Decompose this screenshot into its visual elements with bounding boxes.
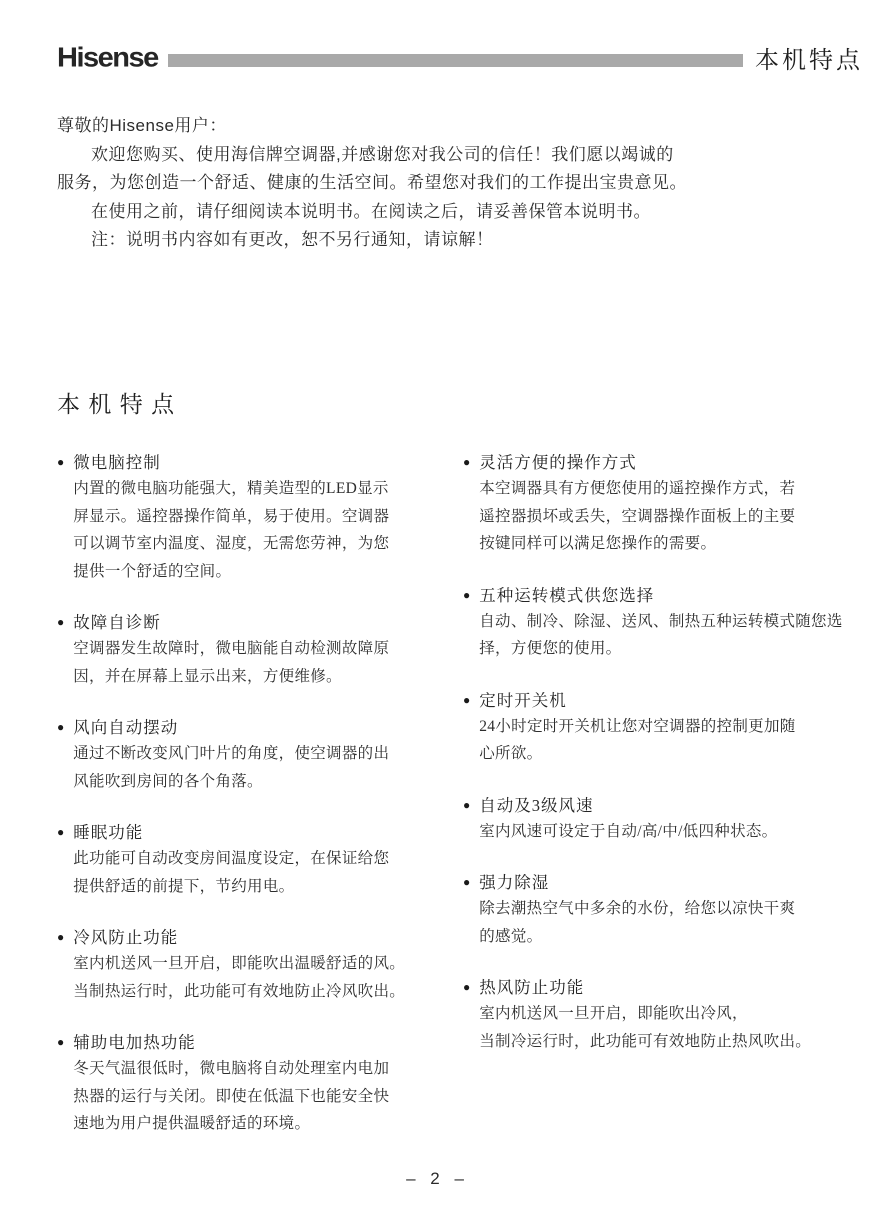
feature-content: 五种运转模式供您选择 自动、制冷、除湿、送风、制热五种运转模式随您选 择，方便您… <box>479 583 865 663</box>
bullet-icon: ● <box>57 820 64 900</box>
hisense-logo: Hisense <box>57 45 158 73</box>
bullet-icon: ● <box>463 975 470 1055</box>
feature-item: ● 风向自动摆动 通过不断改变风门叶片的角度，使空调器的出 风能吹到房间的各个角… <box>57 715 439 795</box>
feature-column-right: ● 灵活方便的操作方式 本空调器具有方便您使用的遥控操作方式，若 遥控器损坏或丢… <box>463 450 865 1163</box>
feature-title: 辅助电加热功能 <box>73 1030 439 1055</box>
bullet-icon: ● <box>463 688 470 768</box>
feature-text: 通过不断改变风门叶片的角度，使空调器的出 风能吹到房间的各个角落。 <box>73 740 439 795</box>
feature-title: 微电脑控制 <box>73 450 439 475</box>
feature-text: 24小时定时开关机让您对空调器的控制更加随 心所欲。 <box>479 713 865 768</box>
feature-title: 热风防止功能 <box>479 975 865 1000</box>
bullet-icon: ● <box>57 450 64 585</box>
bullet-icon: ● <box>57 610 64 690</box>
page-footer: – 2 – <box>0 1169 875 1189</box>
feature-content: 冷风防止功能 室内机送风一旦开启，即能吹出温暖舒适的风。 当制热运行时，此功能可… <box>73 925 439 1005</box>
bullet-icon: ● <box>57 1030 64 1138</box>
feature-item: ● 定时开关机 24小时定时开关机让您对空调器的控制更加随 心所欲。 <box>463 688 865 768</box>
intro-paragraph: 在使用之前，请仔细阅读本说明书。在阅读之后，请妥善保管本说明书。 <box>57 198 802 227</box>
feature-content: 灵活方便的操作方式 本空调器具有方便您使用的遥控操作方式，若 遥控器损坏或丢失，… <box>479 450 865 558</box>
bullet-icon: ● <box>57 925 64 1005</box>
feature-title: 风向自动摆动 <box>73 715 439 740</box>
intro-text: 尊敬的Hisense用户： 欢迎您购买、使用海信牌空调器,并感谢您对我公司的信任… <box>57 112 802 255</box>
feature-text: 本空调器具有方便您使用的遥控操作方式，若 遥控器损坏或丢失，空调器操作面板上的主… <box>479 475 865 558</box>
feature-item: ● 五种运转模式供您选择 自动、制冷、除湿、送风、制热五种运转模式随您选 择，方… <box>463 583 865 663</box>
feature-item: ● 热风防止功能 室内机送风一旦开启，即能吹出冷风， 当制冷运行时，此功能可有效… <box>463 975 865 1055</box>
manual-page: Hisense 本机特点 尊敬的Hisense用户： 欢迎您购买、使用海信牌空调… <box>0 0 875 1229</box>
feature-text: 空调器发生故障时，微电脑能自动检测故障原 因，并在屏幕上显示出来，方便维修。 <box>73 635 439 690</box>
feature-title: 定时开关机 <box>479 688 865 713</box>
feature-content: 睡眠功能 此功能可自动改变房间温度设定，在保证给您 提供舒适的前提下，节约用电。 <box>73 820 439 900</box>
feature-text: 此功能可自动改变房间温度设定，在保证给您 提供舒适的前提下，节约用电。 <box>73 845 439 900</box>
intro-paragraph: 注：说明书内容如有更改，恕不另行通知，请谅解！ <box>57 226 802 255</box>
bullet-icon: ● <box>463 583 470 663</box>
intro-paragraph: 欢迎您购买、使用海信牌空调器,并感谢您对我公司的信任！我们愿以竭诚的 服务，为您… <box>57 141 802 198</box>
bullet-icon: ● <box>57 715 64 795</box>
bullet-icon: ● <box>463 870 470 950</box>
feature-content: 故障自诊断 空调器发生故障时，微电脑能自动检测故障原 因，并在屏幕上显示出来，方… <box>73 610 439 690</box>
feature-item: ● 故障自诊断 空调器发生故障时，微电脑能自动检测故障原 因，并在屏幕上显示出来… <box>57 610 439 690</box>
feature-item: ● 强力除湿 除去潮热空气中多余的水份，给您以凉快干爽 的感觉。 <box>463 870 865 950</box>
feature-text: 室内机送风一旦开启，即能吹出冷风， 当制冷运行时，此功能可有效地防止热风吹出。 <box>479 1000 865 1055</box>
feature-content: 风向自动摆动 通过不断改变风门叶片的角度，使空调器的出 风能吹到房间的各个角落。 <box>73 715 439 795</box>
feature-title: 睡眠功能 <box>73 820 439 845</box>
feature-content: 热风防止功能 室内机送风一旦开启，即能吹出冷风， 当制冷运行时，此功能可有效地防… <box>479 975 865 1055</box>
page-number: – 2 – <box>406 1169 469 1188</box>
feature-columns: ● 微电脑控制 内置的微电脑功能强大，精美造型的LED显示 屏显示。遥控器操作简… <box>57 450 865 1163</box>
section-title: 本 机 特 点 <box>57 386 175 419</box>
feature-title: 故障自诊断 <box>73 610 439 635</box>
bullet-icon: ● <box>463 450 470 558</box>
bullet-icon: ● <box>463 793 470 846</box>
page-header: Hisense 本机特点 <box>57 44 863 73</box>
feature-text: 冬天气温很低时，微电脑将自动处理室内电加 热器的运行与关闭。即使在低温下也能安全… <box>73 1055 439 1138</box>
feature-content: 微电脑控制 内置的微电脑功能强大，精美造型的LED显示 屏显示。遥控器操作简单，… <box>73 450 439 585</box>
feature-item: ● 自动及3级风速 室内风速可设定于自动/高/中/低四种状态。 <box>463 793 865 846</box>
feature-text: 室内机送风一旦开启，即能吹出温暖舒适的风。 当制热运行时，此功能可有效地防止冷风… <box>73 950 439 1005</box>
feature-column-left: ● 微电脑控制 内置的微电脑功能强大，精美造型的LED显示 屏显示。遥控器操作简… <box>57 450 439 1163</box>
feature-content: 自动及3级风速 室内风速可设定于自动/高/中/低四种状态。 <box>479 793 865 846</box>
feature-title: 灵活方便的操作方式 <box>479 450 865 475</box>
feature-title: 五种运转模式供您选择 <box>479 583 865 608</box>
feature-item: ● 冷风防止功能 室内机送风一旦开启，即能吹出温暖舒适的风。 当制热运行时，此功… <box>57 925 439 1005</box>
feature-item: ● 微电脑控制 内置的微电脑功能强大，精美造型的LED显示 屏显示。遥控器操作简… <box>57 450 439 585</box>
feature-text: 内置的微电脑功能强大，精美造型的LED显示 屏显示。遥控器操作简单，易于使用。空… <box>73 475 439 585</box>
feature-title: 冷风防止功能 <box>73 925 439 950</box>
feature-content: 强力除湿 除去潮热空气中多余的水份，给您以凉快干爽 的感觉。 <box>479 870 865 950</box>
header-rule <box>168 54 743 67</box>
feature-content: 定时开关机 24小时定时开关机让您对空调器的控制更加随 心所欲。 <box>479 688 865 768</box>
feature-text: 室内风速可设定于自动/高/中/低四种状态。 <box>479 818 865 846</box>
feature-text: 自动、制冷、除湿、送风、制热五种运转模式随您选 择，方便您的使用。 <box>479 608 865 663</box>
feature-title: 强力除湿 <box>479 870 865 895</box>
feature-content: 辅助电加热功能 冬天气温很低时，微电脑将自动处理室内电加 热器的运行与关闭。即使… <box>73 1030 439 1138</box>
feature-item: ● 辅助电加热功能 冬天气温很低时，微电脑将自动处理室内电加 热器的运行与关闭。… <box>57 1030 439 1138</box>
header-section-label: 本机特点 <box>755 49 863 73</box>
feature-item: ● 灵活方便的操作方式 本空调器具有方便您使用的遥控操作方式，若 遥控器损坏或丢… <box>463 450 865 558</box>
intro-salutation: 尊敬的Hisense用户： <box>57 112 802 141</box>
feature-item: ● 睡眠功能 此功能可自动改变房间温度设定，在保证给您 提供舒适的前提下，节约用… <box>57 820 439 900</box>
feature-text: 除去潮热空气中多余的水份，给您以凉快干爽 的感觉。 <box>479 895 865 950</box>
feature-title: 自动及3级风速 <box>479 793 865 818</box>
